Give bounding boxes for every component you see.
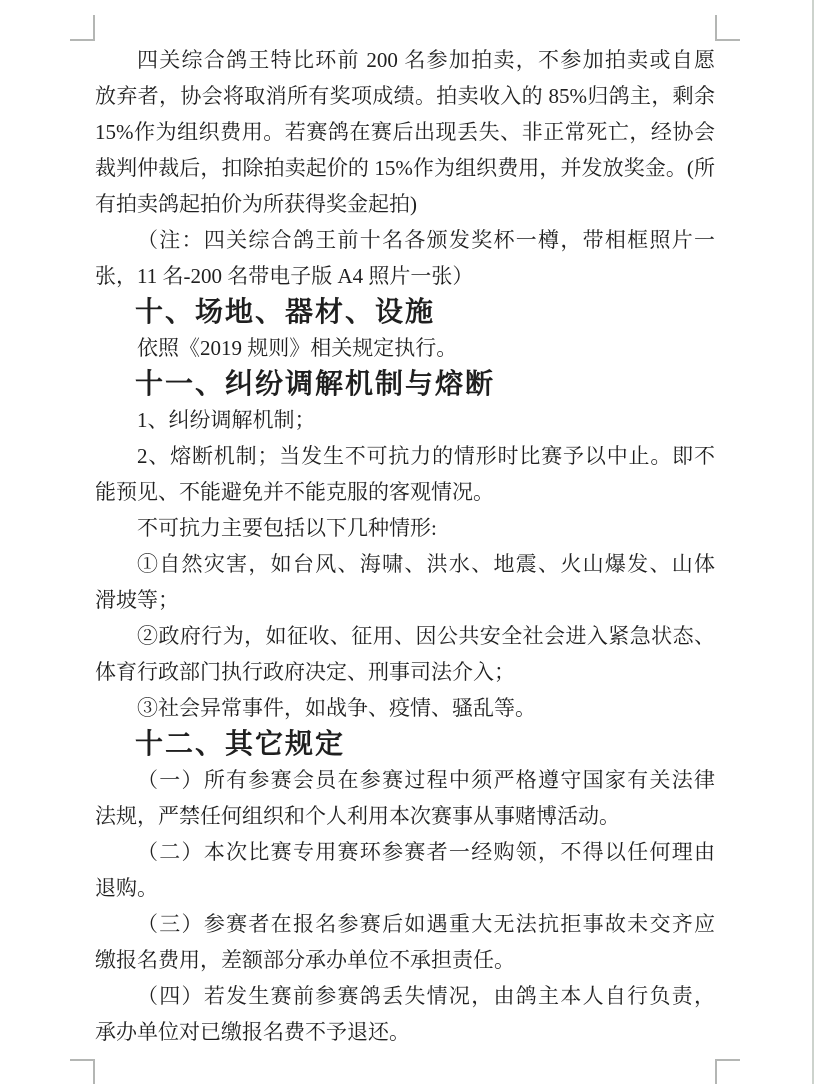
paragraph: （三）参赛者在报名参赛后如遇重大无法抗拒事故未交齐应缴报名费用，差额部分承办单位… <box>95 906 715 978</box>
paragraph: 1、纠纷调解机制； <box>95 402 715 438</box>
text-line: 2、熔断机制；当发生不可抗力的情形时比赛予以中止。即不 <box>95 438 715 474</box>
paragraph: 依照《2019 规则》相关规定执行。 <box>95 330 715 366</box>
paragraph: （注：四关综合鸽王前十名各颁发奖杯一樽，带相框照片一张，11 名-200 名带电… <box>95 222 715 294</box>
text-line: 十二、其它规定 <box>95 726 715 762</box>
section-heading: 十一、纠纷调解机制与熔断 <box>95 366 715 402</box>
paragraph: ②政府行为，如征收、征用、因公共安全社会进入紧急状态、体育行政部门执行政府决定、… <box>95 618 715 690</box>
text-line: 不可抗力主要包括以下几种情形: <box>95 510 715 546</box>
text-line: 缴报名费用，差额部分承办单位不承担责任。 <box>95 942 715 978</box>
paragraph: （一）所有参赛会员在参赛过程中须严格遵守国家有关法律法规，严禁任何组织和个人利用… <box>95 762 715 834</box>
paragraph: ③社会异常事件，如战争、疫情、骚乱等。 <box>95 690 715 726</box>
text-line: ①自然灾害，如台风、海啸、洪水、地震、火山爆发、山体 <box>95 546 715 582</box>
text-boundary-mark-bottom-right <box>715 1059 740 1084</box>
text-line: 张，11 名-200 名带电子版 A4 照片一张） <box>95 258 715 294</box>
text-line: 承办单位对已缴报名费不予退还。 <box>95 1014 715 1050</box>
text-boundary-mark-top-left <box>70 15 95 41</box>
text-line: 1、纠纷调解机制； <box>95 402 715 438</box>
document-page: 四关综合鸽王特比环前 200 名参加拍卖，不参加拍卖或自愿放弃者，协会将取消所有… <box>0 0 816 1084</box>
text-line: 15%作为组织费用。若赛鸽在赛后出现丢失、非正常死亡，经协会 <box>95 114 715 150</box>
paragraph: ①自然灾害，如台风、海啸、洪水、地震、火山爆发、山体滑坡等； <box>95 546 715 618</box>
text-line: 退购。 <box>95 870 715 906</box>
text-line: （二）本次比赛专用赛环参赛者一经购领，不得以任何理由 <box>95 834 715 870</box>
text-line: （一）所有参赛会员在参赛过程中须严格遵守国家有关法律 <box>95 762 715 798</box>
text-line: 有拍卖鸽起拍价为所获得奖金起拍) <box>95 186 715 222</box>
text-boundary-mark-bottom-left <box>70 1059 95 1084</box>
text-line: 能预见、不能避免并不能克服的客观情况。 <box>95 474 715 510</box>
paragraph: 四关综合鸽王特比环前 200 名参加拍卖，不参加拍卖或自愿放弃者，协会将取消所有… <box>95 42 715 222</box>
text-line: 十、场地、器材、设施 <box>95 294 715 330</box>
text-line: 十一、纠纷调解机制与熔断 <box>95 366 715 402</box>
text-line: 放弃者，协会将取消所有奖项成绩。拍卖收入的 85%归鸽主，剩余 <box>95 78 715 114</box>
section-heading: 十二、其它规定 <box>95 726 715 762</box>
section-heading: 十、场地、器材、设施 <box>95 294 715 330</box>
text-line: 四关综合鸽王特比环前 200 名参加拍卖，不参加拍卖或自愿 <box>95 42 715 78</box>
text-line: （四）若发生赛前参赛鸽丢失情况，由鸽主本人自行负责， <box>95 978 715 1014</box>
text-line: 依照《2019 规则》相关规定执行。 <box>95 330 715 366</box>
page-edge-line <box>812 0 814 1084</box>
text-line: ③社会异常事件，如战争、疫情、骚乱等。 <box>95 690 715 726</box>
text-boundary-mark-top-right <box>715 15 740 41</box>
document-body: 四关综合鸽王特比环前 200 名参加拍卖，不参加拍卖或自愿放弃者，协会将取消所有… <box>95 42 715 1050</box>
text-line: ②政府行为，如征收、征用、因公共安全社会进入紧急状态、 <box>95 618 715 654</box>
text-line: 裁判仲裁后，扣除拍卖起价的 15%作为组织费用，并发放奖金。(所 <box>95 150 715 186</box>
text-line: （注：四关综合鸽王前十名各颁发奖杯一樽，带相框照片一 <box>95 222 715 258</box>
text-line: 法规，严禁任何组织和个人利用本次赛事从事赌博活动。 <box>95 798 715 834</box>
paragraph: （四）若发生赛前参赛鸽丢失情况，由鸽主本人自行负责，承办单位对已缴报名费不予退还… <box>95 978 715 1050</box>
text-line: 体育行政部门执行政府决定、刑事司法介入； <box>95 654 715 690</box>
paragraph: 2、熔断机制；当发生不可抗力的情形时比赛予以中止。即不能预见、不能避免并不能克服… <box>95 438 715 510</box>
text-line: 滑坡等； <box>95 582 715 618</box>
paragraph: 不可抗力主要包括以下几种情形: <box>95 510 715 546</box>
text-line: （三）参赛者在报名参赛后如遇重大无法抗拒事故未交齐应 <box>95 906 715 942</box>
paragraph: （二）本次比赛专用赛环参赛者一经购领，不得以任何理由退购。 <box>95 834 715 906</box>
